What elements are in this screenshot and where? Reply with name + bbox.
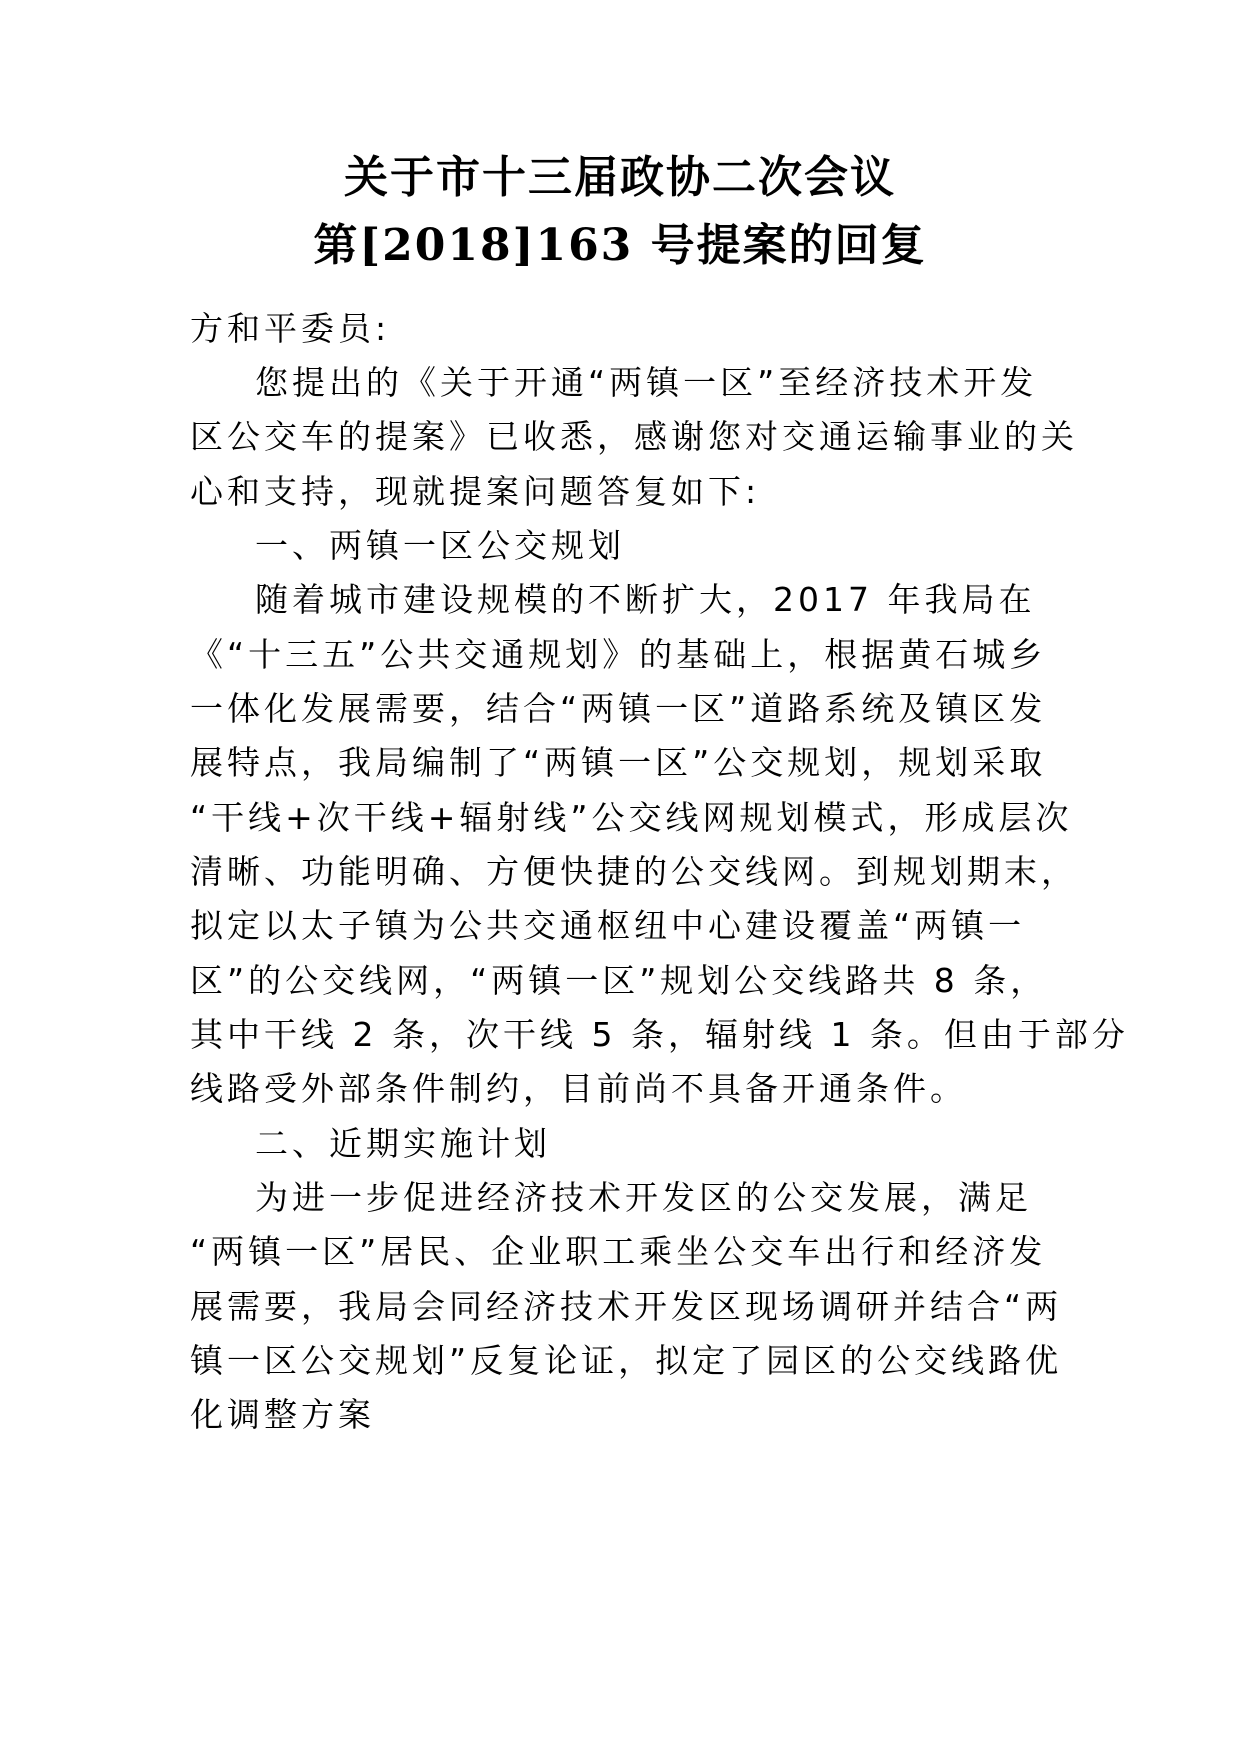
body-line: 拟定以太子镇为公共交通枢纽中心建设覆盖“两镇一 <box>190 904 990 948</box>
body-line: 展特点，我局编制了“两镇一区”公交规划，规划采取 <box>190 741 990 785</box>
body-line: 镇一区公交规划”反复论证，拟定了园区的公交线路优 <box>190 1339 990 1383</box>
body-line: “干线+次干线+辐射线”公交线网规划模式，形成层次 <box>190 796 990 840</box>
body-line: “两镇一区”居民、企业职工乘坐公交车出行和经济发 <box>190 1230 990 1274</box>
body-line: 随着城市建设规模的不断扩大，2017 年我局在 <box>255 578 1055 622</box>
body-line: 心和支持，现就提案问题答复如下: <box>190 470 990 514</box>
document-page: 关于市十三届政协二次会议 第[2018]163 号提案的回复 方和平委员: 您提… <box>0 0 1240 1754</box>
body-line: 其中干线 2 条，次干线 5 条，辐射线 1 条。但由于部分 <box>190 1013 990 1057</box>
body-line: 为进一步促进经济技术开发区的公交发展，满足 <box>255 1176 1055 1220</box>
section-heading-1: 一、两镇一区公交规划 <box>255 524 1055 568</box>
salutation: 方和平委员: <box>190 307 990 351</box>
section-heading-2: 二、近期实施计划 <box>255 1122 1055 1166</box>
body-line: 化调整方案 <box>190 1393 990 1437</box>
body-line: 一体化发展需要，结合“两镇一区”道路系统及镇区发 <box>190 687 990 731</box>
document-title-line-1: 关于市十三届政协二次会议 <box>0 150 1240 206</box>
body-line: 区公交车的提案》已收悉，感谢您对交通运输事业的关 <box>190 415 990 459</box>
body-line: 《“十三五”公共交通规划》的基础上，根据黄石城乡 <box>190 633 990 677</box>
body-line: 区”的公交线网，“两镇一区”规划公交线路共 8 条， <box>190 959 990 1003</box>
body-line: 您提出的《关于开通“两镇一区”至经济技术开发 <box>255 361 1055 405</box>
document-title-line-2: 第[2018]163 号提案的回复 <box>0 218 1240 274</box>
body-line: 展需要，我局会同经济技术开发区现场调研并结合“两 <box>190 1285 990 1329</box>
body-line: 线路受外部条件制约，目前尚不具备开通条件。 <box>190 1067 990 1111</box>
body-line: 清晰、功能明确、方便快捷的公交线网。到规划期末， <box>190 850 990 894</box>
